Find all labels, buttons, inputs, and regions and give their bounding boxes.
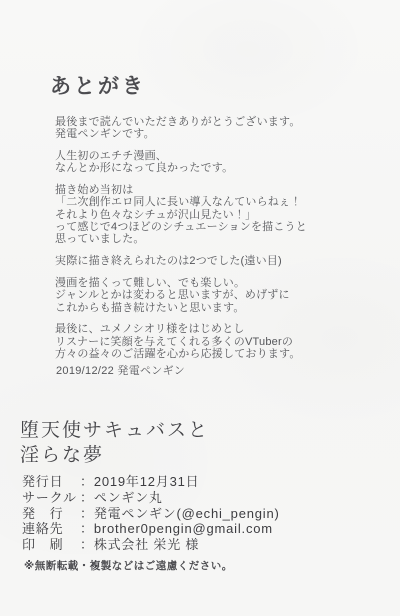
- colophon-label: 発行日: [22, 474, 80, 490]
- date-signature: 2019/12/22 発電ペンギン: [56, 362, 185, 378]
- colophon-value: ペンギン丸: [94, 490, 163, 505]
- text-line: 最後に、ユメノシオリ様をはじめとし: [55, 323, 375, 335]
- text-line: 思っていました。: [55, 233, 375, 245]
- afterword-heading: あとがき: [50, 70, 146, 100]
- colophon-row-printer: 印 刷：株式会社 栄光 様: [22, 537, 280, 553]
- colophon-separator: ：: [80, 537, 94, 553]
- text-line: なんとか形になって良かったです。: [55, 162, 375, 174]
- colophon-row-contact: 連絡先：brother0pengin@gmail.com: [22, 521, 280, 537]
- text-line: 実際に描き終えられたのは2つでした(遠い目): [55, 255, 375, 267]
- text-line: 最後まで読んでいただきありがとうございます。: [55, 116, 375, 128]
- text-line: リスナーに笑顔を与えてくれる多くのVTuberの: [55, 336, 375, 348]
- text-line: 「二次創作エロ同人に長い導入なんていらねぇ！: [55, 196, 375, 208]
- text-line: ジャンルとかは変わると思いますが、めげずに: [55, 289, 375, 301]
- colophon-row-circle: サークル：ペンギン丸: [22, 490, 280, 506]
- colophon-value: 株式会社 栄光 様: [94, 537, 199, 552]
- paragraph: 人生初のエチチ漫画、 なんとか形になって良かったです。: [55, 150, 375, 175]
- text-line: これからも描き続けたいと思います。: [55, 302, 375, 314]
- colophon-label: 印 刷: [22, 537, 80, 553]
- text-line: 発電ペンギンです。: [55, 128, 375, 140]
- text-line: それより色々なシチュが沢山見たい！」: [55, 209, 375, 221]
- text-line: 人生初のエチチ漫画、: [55, 150, 375, 162]
- colophon-separator: ：: [80, 506, 94, 522]
- colophon-value: 発電ペンギン(@echi_pengin): [94, 506, 280, 521]
- colophon-separator: ：: [80, 490, 94, 506]
- colophon: 発行日：2019年12月31日 サークル：ペンギン丸 発 行：発電ペンギン(@e…: [22, 474, 280, 553]
- book-title: 堕天使サキュバスと 淫らな夢: [20, 418, 209, 468]
- colophon-row-publisher: 発 行：発電ペンギン(@echi_pengin): [22, 506, 280, 522]
- paragraph: 実際に描き終えられたのは2つでした(遠い目): [55, 255, 375, 267]
- copyright-notice: ※無断転載・複製などはご遠慮ください。: [24, 558, 233, 573]
- colophon-label: サークル: [22, 490, 80, 506]
- text-line: 漫画を描くって難しい、でも楽しい。: [55, 277, 375, 289]
- paragraph: 最後に、ユメノシオリ様をはじめとし リスナーに笑顔を与えてくれる多くのVTube…: [55, 323, 375, 360]
- book-title-line: 堕天使サキュバスと: [20, 418, 209, 443]
- colophon-row-publish-date: 発行日：2019年12月31日: [22, 474, 280, 490]
- text-line: って感じで4つほどのシチュエーションを描こうと: [55, 221, 375, 233]
- colophon-value: 2019年12月31日: [94, 474, 200, 489]
- afterword-body: 最後まで読んでいただきありがとうございます。 発電ペンギンです。 人生初のエチチ…: [55, 116, 375, 360]
- colophon-value: brother0pengin@gmail.com: [94, 521, 273, 536]
- book-title-line: 淫らな夢: [20, 443, 209, 468]
- colophon-separator: ：: [80, 474, 94, 490]
- colophon-separator: ：: [80, 521, 94, 537]
- text-line: 描き始め当初は: [55, 184, 375, 196]
- colophon-label: 発 行: [22, 506, 80, 522]
- colophon-label: 連絡先: [22, 521, 80, 537]
- afterword-page: あとがき 最後まで読んでいただきありがとうございます。 発電ペンギンです。 人生…: [0, 0, 400, 616]
- paragraph: 描き始め当初は 「二次創作エロ同人に長い導入なんていらねぇ！ それより色々なシチ…: [55, 184, 375, 245]
- paragraph: 最後まで読んでいただきありがとうございます。 発電ペンギンです。: [55, 116, 375, 141]
- text-line: 方々の益々のご活躍を心から応援しております。: [55, 348, 375, 360]
- paragraph: 漫画を描くって難しい、でも楽しい。 ジャンルとかは変わると思いますが、めげずに …: [55, 277, 375, 314]
